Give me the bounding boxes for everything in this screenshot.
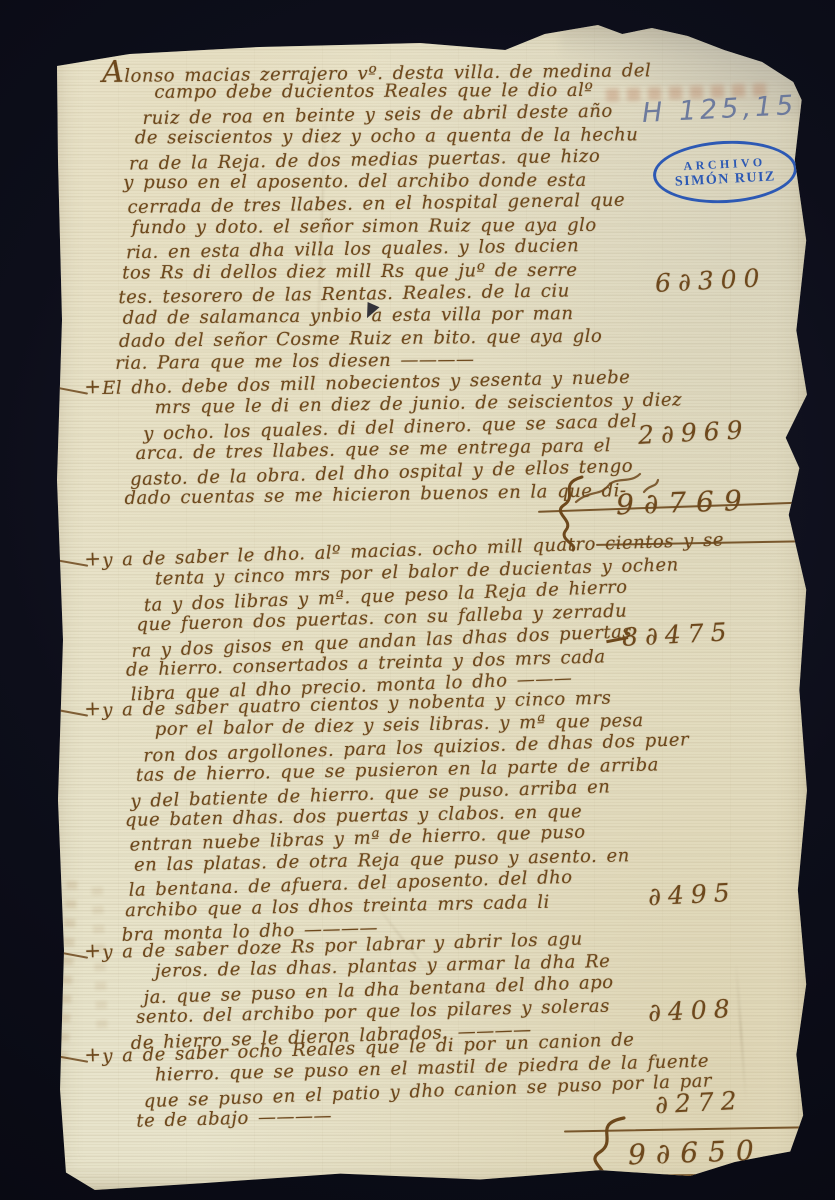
account-entry-3: + y a de saber le dho. alº macias. ocho … [102,530,707,707]
sum-brace-icon [578,1114,630,1200]
manuscript-page: H 125,15 ARCHIVO SIMÓN RUIZ Alonso macia… [50,22,810,1190]
amount-entry-3: 8∂475 [621,617,734,652]
paper-crease [735,962,747,1102]
account-entry-4: + y a de saber quatro cientos y nobenta … [102,685,708,946]
total-amount: 9∂650 [627,1134,764,1172]
amount-entry-4: ∂495 [647,878,737,912]
amount-entry-1: 6∂300 [654,263,767,298]
sum-rule [558,1173,835,1178]
entry-cross-mark: + [84,1043,101,1066]
marginal-bleed-through [57,870,78,1060]
amount-entry-2: 2∂969 [637,415,750,450]
entry-cross-mark: + [84,547,101,570]
manuscript-photo: H 125,15 ARCHIVO SIMÓN RUIZ Alonso macia… [0,0,835,1200]
entry-cross-mark: + [84,697,101,720]
subtotal-amount: 9∂769 [615,484,752,522]
amount-entry-5: ∂408 [647,994,737,1028]
amount-entry-6: ∂272 [654,1086,744,1120]
entry-cross-mark: + [84,375,101,398]
tear-patch [774,1164,816,1182]
account-entry-1: Alonso macias zerrajero vº. desta villa.… [102,56,705,376]
entry-cross-mark: + [84,939,101,962]
sum-brace-icon [548,474,588,552]
